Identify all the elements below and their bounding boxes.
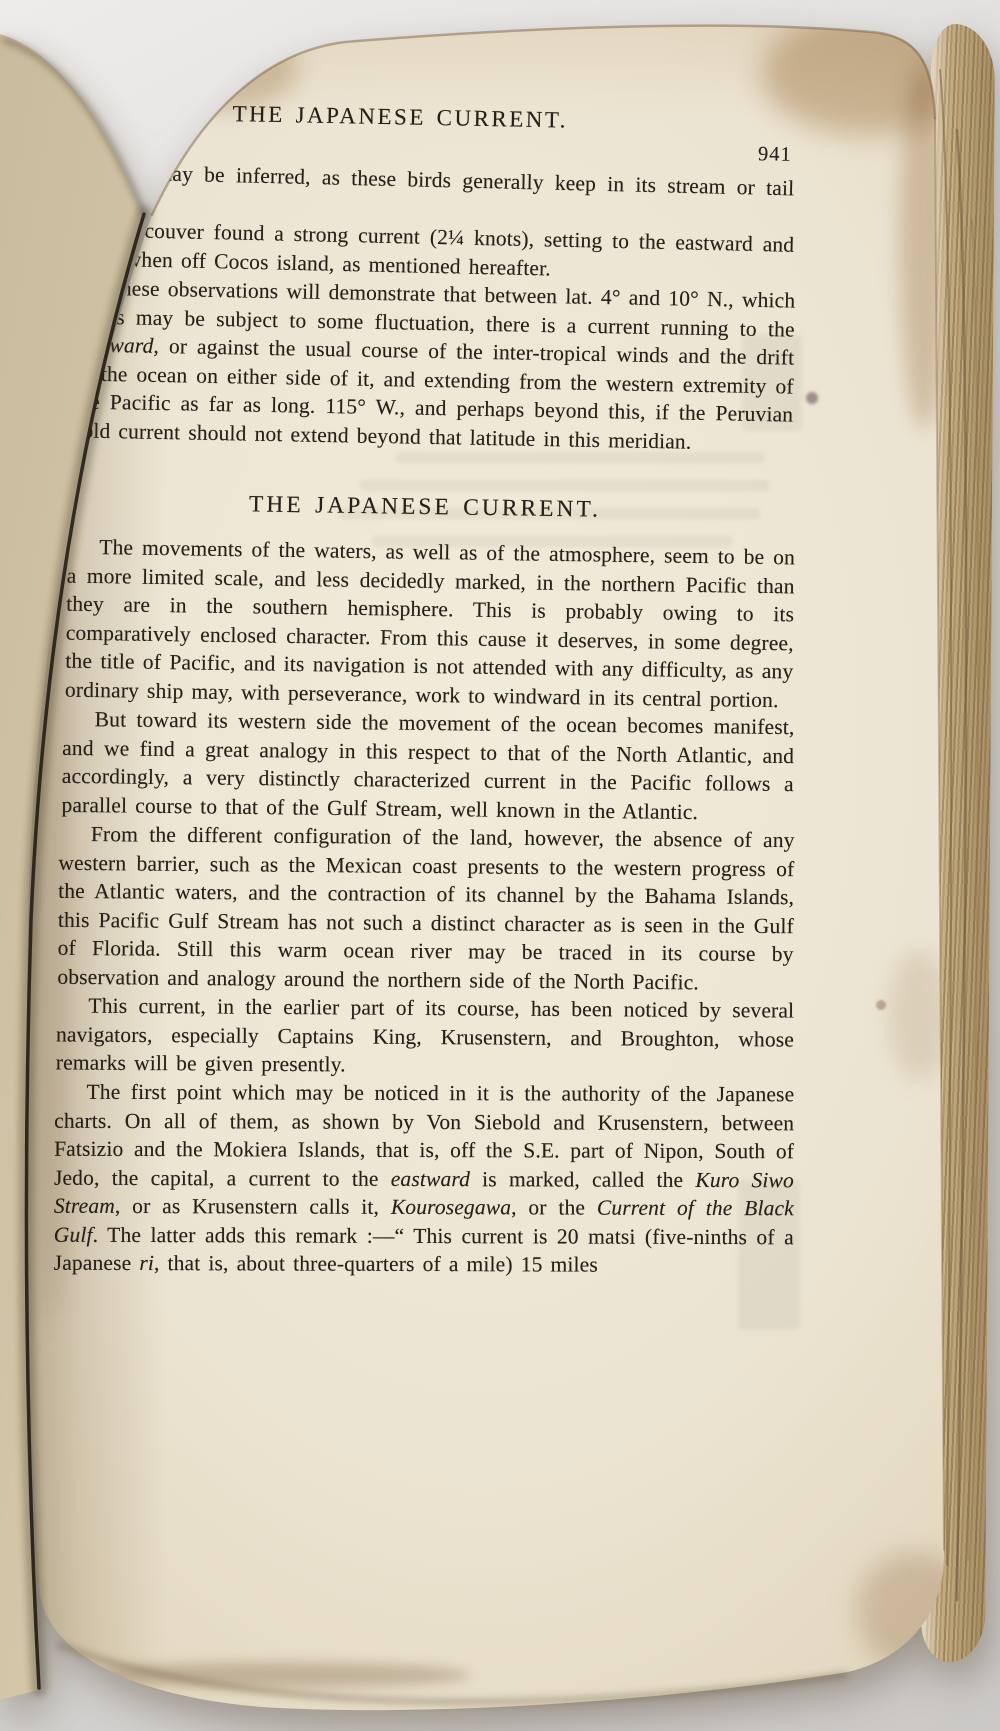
section-heading: THE JAPANESE CURRENT. (56, 488, 794, 527)
foxing-stain (148, 26, 298, 110)
paragraph: This current, in the earlier part of its… (56, 991, 795, 1082)
book-page: THE JAPANESE CURRENT. 941 current may be… (0, 0, 1000, 1731)
paragraph: These observations will demonstrate that… (72, 273, 795, 457)
paragraph: The movements of the waters, as well as … (65, 532, 795, 714)
ink-spot (806, 392, 818, 404)
ink-spot (876, 1000, 886, 1010)
paragraph: But toward its western side the movement… (61, 704, 794, 826)
ink-spot (492, 2, 508, 12)
paragraph: The first point which may be noticed in … (54, 1078, 795, 1280)
page-content: THE JAPANESE CURRENT. 941 current may be… (56, 104, 794, 1279)
photo-background: THE JAPANESE CURRENT. 941 current may be… (0, 0, 1000, 1731)
book: THE JAPANESE CURRENT. 941 current may be… (0, 0, 1000, 1731)
edge-stain (90, 1662, 470, 1688)
paragraph: From the different configuration of the … (57, 819, 794, 996)
running-head: THE JAPANESE CURRENT. (76, 97, 794, 139)
page-number: 941 (758, 140, 792, 169)
page-body-text: current may be inferred, as these birds … (56, 166, 794, 1279)
